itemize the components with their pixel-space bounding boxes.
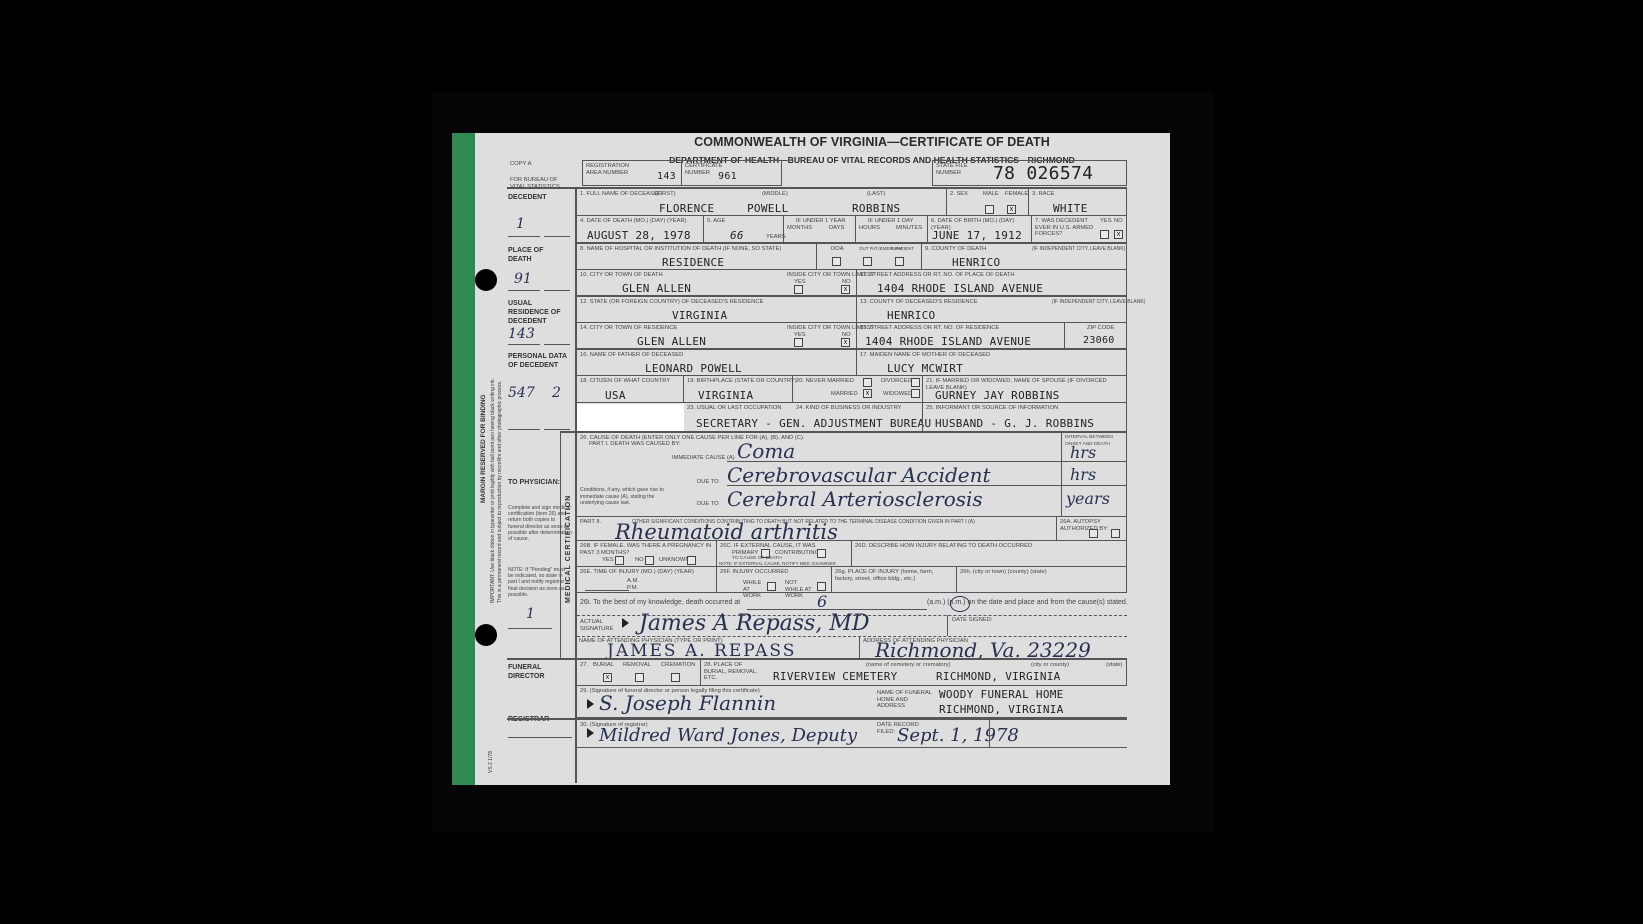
city-of-death: GLEN ALLEN [622,282,691,295]
mother-name: LUCY MCWIRT [887,362,963,375]
page-title: COMMONWEALTH OF VIRGINIA—CERTIFICATE OF … [592,135,1152,149]
section-decedent: DECEDENT [508,193,547,202]
arrow-icon [622,618,629,628]
registrar-signature: Mildred Ward Jones, Deputy [599,725,857,746]
citizen-field: 18. CITIZEN OF WHAT COUNTRY USA [577,376,684,403]
not-while-at-work-checkbox[interactable] [817,582,826,591]
last-name: ROBBINS [852,202,900,215]
section-personal-data: PERSONAL DATA OF DECEDENT [508,352,568,370]
funeral-home-address: RICHMOND, VIRGINIA [939,703,1064,716]
first-name: FLORENCE [659,202,714,215]
informant-value: HUSBAND - G. J. ROBBINS [935,417,1094,430]
copy-label: COPY A [510,161,531,168]
age-field: 5. AGE 66 years [704,216,784,243]
margin-binding-text: MARGIN RESERVED FOR BINDING [480,394,487,503]
divorced-checkbox[interactable] [911,378,920,387]
race-field: 3. RACE WHITE [1029,189,1127,216]
pending-note: NOTE: If "Pending" must be indicated, so… [508,567,572,598]
margin-permanent-text: This is a permanent record and subject t… [497,381,503,603]
date-of-death-field: 4. DATE OF DEATH (mo.) (day) (year) AUGU… [577,216,704,243]
part-two-field: PART II. OTHER SIGNIFICANT CONDITIONS CO… [577,517,1057,541]
residence-state: VIRGINIA [672,309,727,322]
city-of-death-field: 10. CITY OR TOWN OF DEATH inside city or… [577,270,857,296]
father-name: LEONARD POWELL [645,362,742,375]
section-to-physician: TO PHYSICIAN: [508,478,568,487]
funeral-director-signature: S. Joseph Flannin [599,691,776,715]
external-contributing-checkbox[interactable] [817,549,826,558]
redacted-field [577,404,684,432]
date-of-birth-field: 6. DATE OF BIRTH (mo.) (day) (year) JUNE… [928,216,1032,243]
father-field: 16. NAME OF FATHER OF DECEASED LEONARD P… [577,350,857,376]
under-one-year-field: IF UNDER 1 YEAR months days [784,216,856,243]
street-of-death: 1404 RHODE ISLAND AVENUE [877,282,1043,295]
section-funeral-director: FUNERAL DIRECTOR [508,663,568,681]
cause-c: Cerebral Arteriosclerosis [727,487,983,511]
while-at-work-checkbox[interactable] [767,582,776,591]
citizen-value: USA [605,389,626,402]
residence-city: GLEN ALLEN [637,335,706,348]
medical-certification-label: MEDICAL CERTIFICATION [565,495,572,603]
date-of-death: AUGUST 28, 1978 [587,229,691,242]
middle-name: POWELL [747,202,789,215]
widowed-checkbox[interactable] [911,389,920,398]
zip-value: 23060 [1083,335,1115,346]
age-value: 66 [730,229,744,242]
margin-code: 1 [516,216,525,232]
arrow-icon [587,728,594,738]
physician-signature: James A Repass, MD [639,611,870,636]
death-inside-no-checkbox[interactable]: x [841,285,850,294]
margin-code: 143 [508,326,535,342]
injury-city-field: 26h. (city or town) (county) (state) [957,567,1127,593]
informant-field: 25. INFORMANT OR SOURCE OF INFORMATION H… [923,403,1127,432]
time-of-injury-field: 26e. TIME OF INJURY (mo.) (day) (year) A… [577,567,717,593]
county-of-death: HENRICO [952,256,1000,269]
residence-county: HENRICO [887,309,935,322]
never-married-checkbox[interactable] [863,378,872,387]
sex-field: 2. SEX male female x [947,189,1029,216]
inpatient-checkbox[interactable] [895,257,904,266]
punch-hole-icon [475,269,497,291]
margin-code: 547 [508,385,535,401]
mother-field: 17. MAIDEN NAME OF MOTHER OF DECEASED LU… [857,350,1127,376]
street-of-death-field: 11. STREET ADDRESS OR RT. NO. OF PLACE O… [857,270,1127,296]
residence-inside-no-checkbox[interactable]: x [841,338,850,347]
physician-note: Complete and sign medical certification … [508,505,572,542]
pregnancy-no-checkbox[interactable] [645,556,654,565]
cause-b: Cerebrovascular Accident [727,463,991,487]
sex-male-checkbox[interactable] [985,205,994,214]
marital-status-field: 20. NEVER MARRIED DIVORCED MARRIED x WID… [793,376,923,403]
signature-row: ACTUAL SIGNATURE James A Repass, MD DATE… [577,615,1127,637]
zip-field: ZIP CODE 23060 [1065,323,1127,349]
doa-checkbox[interactable] [832,257,841,266]
time-of-death: 6 [817,592,827,611]
full-name-field: 1. FULL NAME OF DECEASED (first) (middle… [577,189,947,216]
residence-inside-yes-checkbox[interactable] [794,338,803,347]
pregnancy-unknown-checkbox[interactable] [687,556,696,565]
spouse-field: 21. IF MARRIED OR WIDOWED, NAME OF SPOUS… [923,376,1127,403]
autopsy-yes-checkbox[interactable] [1089,529,1098,538]
birthplace-field: 19. BIRTHPLACE (state or country) VIRGIN… [684,376,793,403]
funeral-director-field: 29. (Signature of funeral director or pe… [577,686,1127,718]
section-usual-residence: USUAL RESIDENCE OF DECEDENT [508,299,572,326]
green-binding-strip [452,133,475,785]
margin-code: 1 [526,606,535,622]
registrar-field: 30. (Signature of registrar) Mildred War… [577,720,1127,748]
hospital-value: RESIDENCE [662,256,724,269]
hospital-field: 8. NAME OF HOSPITAL OR INSTITUTION OF DE… [577,244,817,270]
punch-hole-icon [475,624,497,646]
birthplace-value: VIRGINIA [698,389,753,402]
married-checkbox[interactable]: x [863,389,872,398]
cemetery-location: RICHMOND, VIRGINIA [936,670,1061,683]
armed-yes-checkbox[interactable] [1100,230,1109,239]
arrow-icon [587,699,594,709]
funeral-home-name: WOODY FUNERAL HOME [939,688,1064,701]
pregnancy-yes-checkbox[interactable] [615,556,624,565]
county-of-death-field: 9. COUNTY OF DEATH (If independent city,… [922,244,1127,270]
residence-city-field: 14. CITY OR TOWN OF RESIDENCE inside cit… [577,323,857,349]
margin-important-text: IMPORTANT: Use black ribbon in typewrite… [490,378,496,603]
registration-area-field: REGISTRATION AREA NUMBER 143 [582,160,682,186]
residence-state-field: 12. STATE (OR FOREIGN COUNTRY) OF DECEAS… [577,297,857,323]
outpatient-checkbox[interactable] [863,257,872,266]
place-of-injury-field: 26g. PLACE OF INJURY (home, farm, factor… [832,567,957,593]
death-certificate: MARGIN RESERVED FOR BINDING IMPORTANT: U… [452,133,1170,785]
injury-description-field: 26d. DESCRIBE HOW INJURY RELATING TO DEA… [852,541,1127,567]
cemetery-name: RIVERVIEW CEMETERY [773,670,898,683]
interval-a: hrs [1070,443,1096,462]
cremation-checkbox[interactable] [671,673,680,682]
section-place-of-death: PLACE OF DEATH [508,246,568,264]
interval-b: hrs [1070,465,1096,484]
pm-circle-icon [950,596,970,612]
margin-code: 2 [552,385,561,401]
burial-checkbox[interactable]: x [603,673,612,682]
certificate-number-field: CERTIFICATE NUMBER 961 [682,160,782,186]
sex-female-checkbox[interactable]: x [1007,205,1016,214]
burial-place-field: 28. PLACE OF BURIAL, REMOVAL, ETC. (name… [701,660,1127,686]
autopsy-no-checkbox[interactable] [1111,529,1120,538]
hospital-type-field: DOA Out pat./Emer. Rm. Inpatient [817,244,922,270]
state-file-number: 78 026574 [993,163,1093,184]
residence-county-field: 13. COUNTY OF DECEASED'S RESIDENCE (If i… [857,297,1127,323]
under-one-day-field: IF UNDER 1 DAY hours minutes [856,216,928,243]
armed-no-checkbox[interactable]: x [1114,230,1123,239]
removal-checkbox[interactable] [635,673,644,682]
physician-name-row: NAME OF ATTENDING PHYSICIAN (Type or Pri… [577,636,1127,658]
death-inside-yes-checkbox[interactable] [794,285,803,294]
cause-of-death-field: 26. CAUSE OF DEATH (Enter only one cause… [577,433,1062,517]
pregnancy-field: 26b. IF FEMALE, WAS THERE A PREGNANCY IN… [577,541,717,567]
armed-forces-field: 7. WAS DECEDENT EVER IN U.S. ARMED FORCE… [1032,216,1127,243]
autopsy-field: 26a. AUTOPSY AUTHORIZED BY: [1057,517,1127,541]
date-of-birth: JUNE 17, 1912 [932,229,1022,242]
occupation-field: 23. USUAL OR LAST OCCUPATION SECRETARY -… [684,403,793,432]
residence-street-field: 15. STREET ADDRESS OR RT. NO. OF RESIDEN… [857,323,1065,349]
external-cause-field: 26c. IF EXTERNAL CAUSE, IT WAS PRIMARY C… [717,541,852,567]
business-field: 24. KIND OF BUSINESS OR INDUSTRY [793,403,923,432]
form-code: VS 2 1/78 [488,751,494,773]
state-file-field: STATE FILE NUMBER 78 026574 [932,160,1127,186]
margin-code: 91 [514,271,532,287]
disposition-field: 27. BURIAL REMOVAL CREMATION x [577,660,701,686]
interval-c: years [1066,489,1110,508]
certificate-number: 961 [718,171,737,182]
interval-field: INTERVAL BETWEEN ONSET AND DEATH hrs hrs… [1062,433,1127,517]
race-value: WHITE [1053,202,1088,215]
date-filed: Sept. 1, 1978 [897,725,1019,746]
residence-street: 1404 RHODE ISLAND AVENUE [865,335,1031,348]
registration-area-number: 143 [657,171,676,182]
cause-a: Coma [737,439,795,463]
injury-occurred-field: 26f. INJURY OCCURRED while at work not w… [717,567,832,593]
spouse-name: GURNEY JAY ROBBINS [935,389,1060,402]
